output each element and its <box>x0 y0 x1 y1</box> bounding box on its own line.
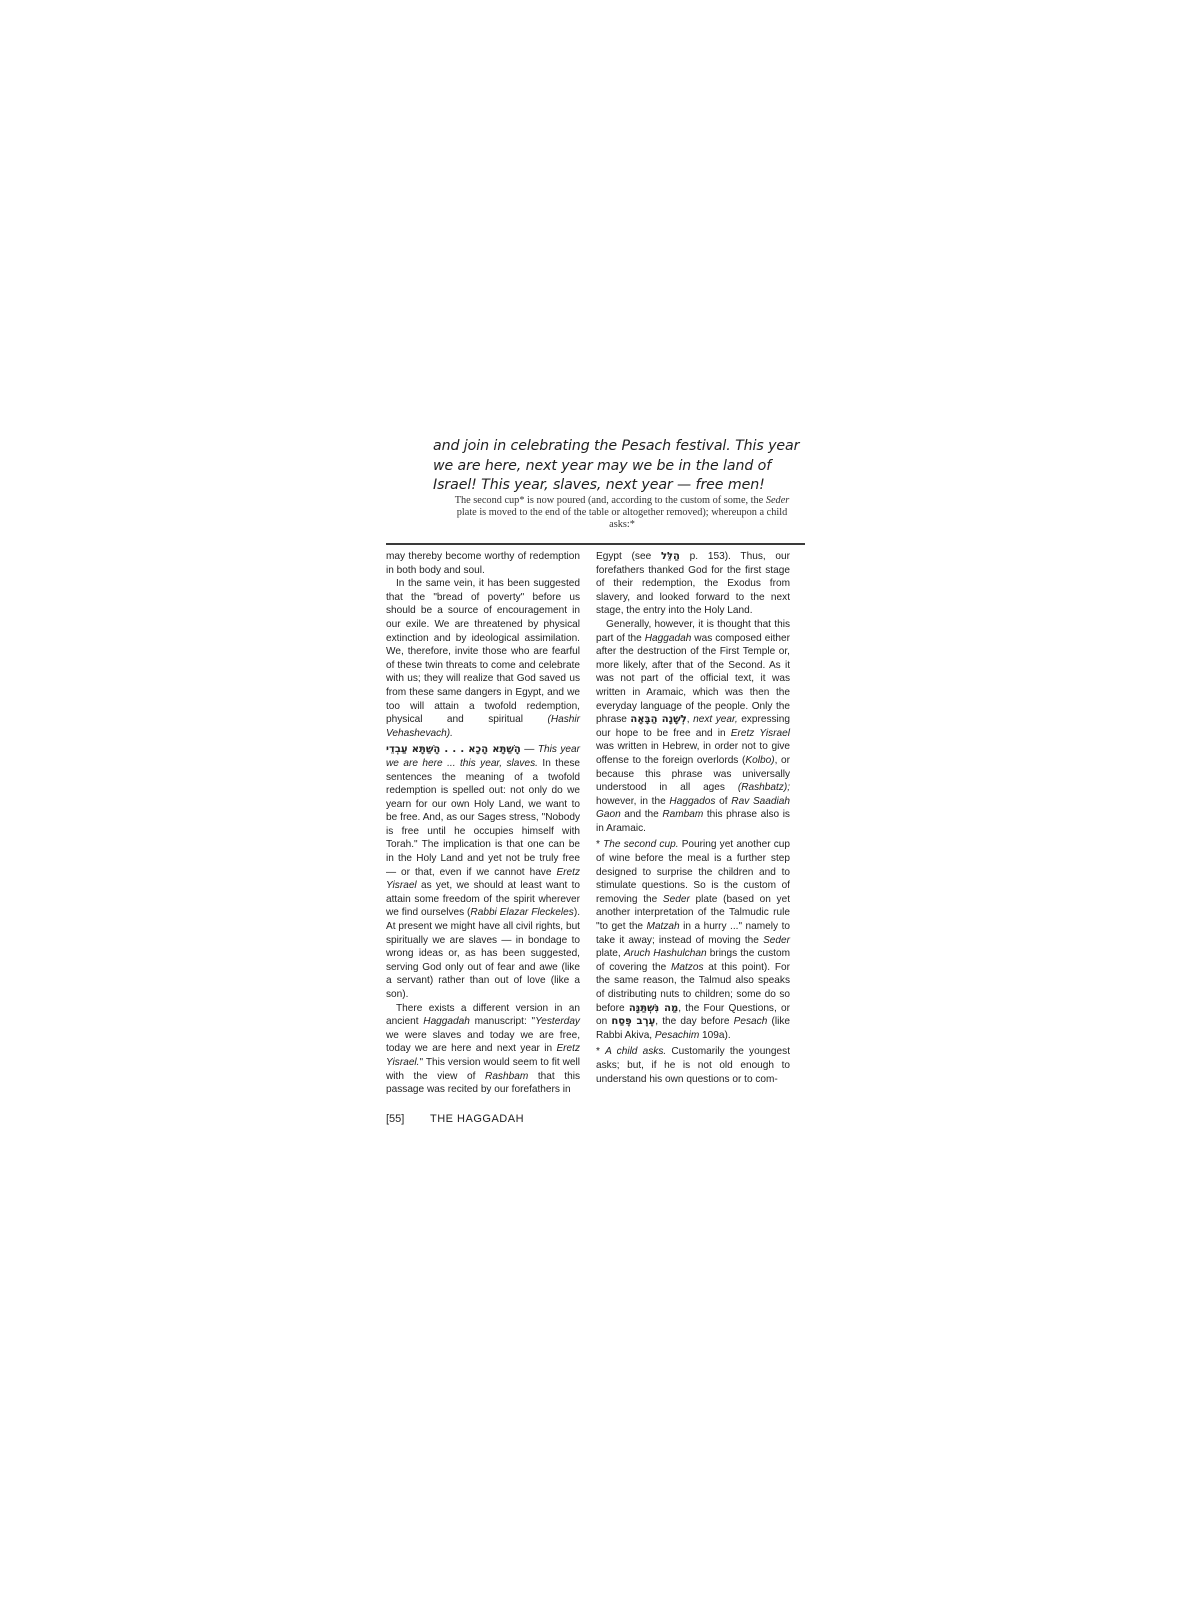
term: Haggados <box>669 796 715 807</box>
term: Haggadah <box>645 633 692 644</box>
text: , the day before <box>655 1016 733 1027</box>
book-page: and join in celebrating the Pesach festi… <box>0 0 1200 1600</box>
instruction-seder-term: Seder <box>766 495 789 506</box>
running-title: THE HAGGADAH <box>430 1113 524 1125</box>
citation: Rashbam <box>485 1071 528 1082</box>
hebrew-phrase: הַלֵּל <box>661 551 680 562</box>
term: Haggadah <box>423 1016 470 1027</box>
horizontal-rule <box>386 543 805 545</box>
prayer-text: and join in celebrating the Pesach festi… <box>433 437 813 496</box>
commentary-right-column: Egypt (see הַלֵּל p. 153). Thus, our for… <box>596 550 790 1086</box>
term: Eretz Yisrael <box>731 728 790 739</box>
text: manuscript: " <box>470 1016 535 1027</box>
page-footer: [55]THE HAGGADAH <box>386 1113 524 1125</box>
text: 109a). <box>699 1030 730 1041</box>
paragraph: may thereby become worthy of redemption … <box>386 550 580 577</box>
text: however, in the <box>596 796 669 807</box>
footnote-marker: * <box>596 1046 605 1057</box>
text: of <box>715 796 731 807</box>
text: was composed either after the destructio… <box>596 633 790 726</box>
text: plate, <box>596 948 624 959</box>
term: Seder <box>663 894 690 905</box>
paragraph: הָשַׁתָּא הָכָא . . . הָשַׁתָּא עַבְדֵי … <box>386 743 580 1001</box>
footnote-title: The second cup. <box>603 839 678 850</box>
paragraph: Egypt (see הַלֵּל p. 153). Thus, our for… <box>596 550 790 618</box>
text: — <box>521 744 538 755</box>
term: Matzah <box>647 921 680 932</box>
citation: (Rashbatz); <box>738 782 790 793</box>
footnote-title: A child asks. <box>605 1046 666 1057</box>
hebrew-phrase: מַה נִּשְׁתַּנָּה <box>629 1003 678 1014</box>
paragraph: There exists a different version in an a… <box>386 1002 580 1097</box>
citation: Aruch Hashulchan <box>624 948 707 959</box>
translation: next year, <box>693 714 738 725</box>
instruction-text: The second cup* is now poured (and, acco… <box>455 495 766 506</box>
text: we were slaves and today we are free, to… <box>386 1030 580 1055</box>
citation: Kolbo) <box>745 755 774 766</box>
hebrew-phrase: עֶרֶב פֶּסַח <box>611 1016 655 1027</box>
footnote-second-cup: * The second cup. Pouring yet another cu… <box>596 838 790 1042</box>
paragraph: In the same vein, it has been suggested … <box>386 577 580 740</box>
citation: Rabbi Elazar Fleckeles <box>470 907 573 918</box>
term: Pesach <box>734 1016 768 1027</box>
instruction-text: plate is moved to the end of the table o… <box>457 507 788 530</box>
text: and the <box>621 809 663 820</box>
text: In these sentences the meaning of a twof… <box>386 758 580 878</box>
text: In the same vein, it has been suggested … <box>386 578 580 725</box>
page-number: [55] <box>386 1113 430 1125</box>
term: Seder <box>763 935 790 946</box>
ritual-instruction: The second cup* is now poured (and, acco… <box>452 495 792 531</box>
term: Yesterday <box>535 1016 580 1027</box>
citation: Rambam <box>662 809 703 820</box>
commentary-left-column: may thereby become worthy of redemption … <box>386 550 580 1097</box>
term: Matzos <box>671 962 704 973</box>
footnote-child-asks: * A child asks. Customarily the youngest… <box>596 1045 790 1086</box>
paragraph: Generally, however, it is thought that t… <box>596 618 790 836</box>
hebrew-phrase: הָשַׁתָּא הָכָא . . . הָשַׁתָּא עַבְדֵי <box>386 744 521 755</box>
citation: Pesachim <box>655 1030 699 1041</box>
text: ). At present we might have all civil ri… <box>386 907 580 1000</box>
text: Egypt (see <box>596 551 661 562</box>
hebrew-phrase: לְשָׁנָה הַבָּאָה <box>630 714 686 725</box>
